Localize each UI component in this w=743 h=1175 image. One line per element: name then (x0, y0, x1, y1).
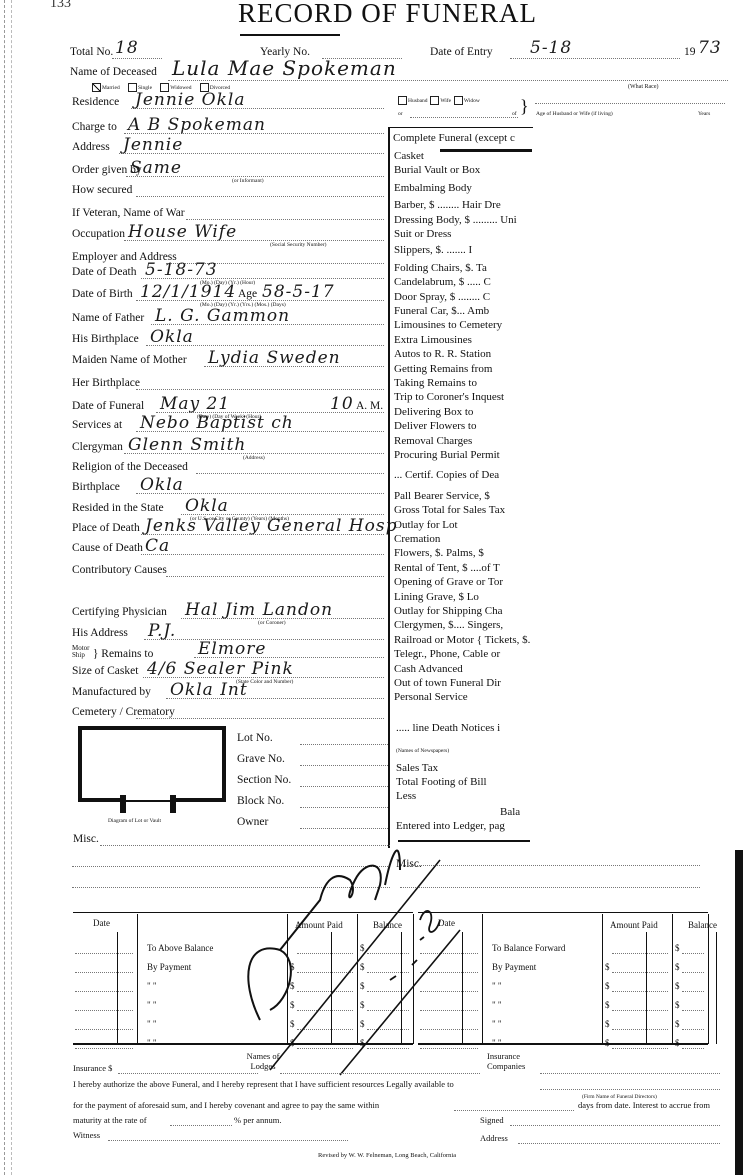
ledger-amount-cell[interactable] (612, 1010, 668, 1011)
lot-field-value[interactable] (300, 786, 388, 787)
ledger-date-cell[interactable] (75, 1010, 133, 1011)
field-value[interactable]: Okla Int (170, 680, 248, 700)
witness-label: Witness (73, 1130, 100, 1140)
checkbox-wife[interactable]: Wife (430, 98, 451, 104)
charge-item[interactable]: Outlay for Lot (394, 519, 530, 531)
charge-item[interactable]: Dressing Body, $ ......... Uni (394, 214, 530, 226)
field-label: Religion of the Deceased (72, 461, 188, 473)
field-label: Place of Death (72, 522, 140, 534)
dollar-sign: $ (605, 1000, 610, 1010)
field-value[interactable]: Jennie Okla (135, 90, 246, 110)
field-value[interactable]: Ca (145, 536, 170, 556)
ledger-column-rule (646, 932, 647, 1044)
address-label: Address (480, 1133, 508, 1143)
dollar-sign: $ (675, 981, 680, 991)
spouse-options-group: Husband Wife Widow (398, 96, 480, 105)
field-value[interactable]: P.J. (148, 621, 176, 641)
spouse-of-label: of (512, 111, 517, 117)
lodges-label: Names of Lodges (243, 1051, 283, 1071)
field-value[interactable]: Okla (185, 496, 229, 516)
ledger-amount-cell[interactable] (612, 972, 668, 973)
field-label: If Veteran, Name of War (72, 207, 185, 219)
spouse-or-label: or (398, 111, 403, 117)
charge-item[interactable]: Flowers, $. Palms, $ (394, 547, 530, 559)
lot-field-value[interactable] (300, 807, 388, 808)
ledger-amount-cell[interactable] (612, 991, 668, 992)
charge-item[interactable]: Casket (394, 150, 530, 162)
lot-field-label: Section No. (237, 774, 291, 786)
name-value[interactable]: Lula Mae Spokeman (172, 56, 397, 80)
field-value[interactable]: 12/1/1914 (140, 282, 236, 302)
field-prefix: Motor Ship (72, 645, 90, 659)
dollar-sign: $ (605, 1038, 610, 1048)
charge-item[interactable]: Deliver Flowers to (394, 420, 530, 432)
field-label: Date of Death (72, 266, 137, 278)
ledger-row-label: By Payment (492, 962, 536, 972)
years-label: Years (698, 111, 710, 117)
hour-value[interactable]: 10 (330, 394, 354, 414)
charges-header: Complete Funeral (except c (393, 132, 515, 144)
companies-label: Insurance Companies (487, 1051, 537, 1071)
lot-field-label: Owner (237, 816, 268, 828)
ledger-balance-cell[interactable] (682, 953, 704, 954)
charge-item[interactable]: Trip to Coroner's Inquest (394, 391, 530, 403)
field-value[interactable]: Glenn Smith (128, 435, 246, 455)
lot-field-value[interactable] (300, 744, 388, 745)
field-label: Size of Casket (72, 665, 138, 677)
age-spouse-label: Age of Husband or Wife (if living) (536, 111, 613, 117)
field-label: Occupation (72, 228, 125, 240)
ledger-date-cell[interactable] (75, 1048, 133, 1049)
am-label: A. M. (356, 400, 383, 412)
charge-item[interactable]: ... Certif. Copies of Dea (394, 469, 530, 481)
charge-item[interactable]: Outlay for Shipping Cha (394, 605, 530, 617)
charge-item[interactable]: Gross Total for Sales Tax (394, 504, 530, 516)
ledger-balance-cell[interactable] (682, 972, 704, 973)
charge-item[interactable]: Cash Advanced (394, 663, 530, 675)
ledger-column-rule (672, 914, 673, 1044)
field-note: (Social Security Number) (270, 242, 327, 248)
charge-item[interactable]: Railroad or Motor { Tickets, $. (394, 634, 530, 646)
field-label: Resided in the State (72, 502, 164, 514)
brace-icon: } (520, 96, 529, 117)
charge-item[interactable]: Candelabrum, $ ..... C (394, 276, 530, 288)
ledger-amount-cell[interactable] (612, 953, 668, 954)
ledger-date-cell[interactable] (75, 972, 133, 973)
charge-item[interactable]: Getting Remains from (394, 363, 530, 375)
field-label: Motor Ship } Remains to (72, 645, 153, 660)
total-no-value[interactable]: 18 (115, 38, 139, 58)
field-note: (or Coroner) (258, 620, 286, 626)
lot-diagram[interactable] (78, 726, 226, 802)
ledger-balance-cell[interactable] (682, 1048, 704, 1049)
field-value[interactable]: House Wife (128, 222, 237, 242)
field-note: (or Informant) (232, 178, 264, 184)
total-line[interactable]: Total Footing of Bill (396, 776, 487, 788)
charge-item[interactable]: Opening of Grave or Tor (394, 576, 530, 588)
ledger-column-rule (708, 914, 709, 1044)
ledger-row-label: To Balance Forward (492, 943, 565, 953)
ledger-amount-cell[interactable] (612, 1048, 668, 1049)
charge-item[interactable]: Clergymen, $.... Singers, (394, 619, 530, 631)
field-value-empty[interactable] (166, 576, 384, 577)
field-label: Address (72, 141, 110, 153)
percent-text: % per annum. (234, 1115, 281, 1125)
field-value[interactable]: Okla (150, 327, 194, 347)
charges-box-border (388, 128, 390, 848)
diagram-caption: Diagram of Lot or Vault (108, 818, 161, 824)
insurance-label: Insurance $ (73, 1063, 112, 1073)
charge-item[interactable]: Out of town Funeral Dir (394, 677, 530, 689)
charge-item[interactable]: Funeral Car, $... Amb (394, 305, 530, 317)
field-label: Services at (72, 419, 122, 431)
year-value[interactable]: 73 (698, 38, 722, 58)
maturity-text: maturity at the rate of (73, 1115, 147, 1125)
scan-edge-marks (4, 0, 12, 1175)
ledger-column-rule (137, 914, 138, 1044)
page-number: 133 (50, 0, 71, 12)
ledger-row-label: " " (492, 1019, 502, 1029)
charge-item[interactable]: Removal Charges (394, 435, 530, 447)
lot-field-label: Lot No. (237, 732, 273, 744)
field-value[interactable]: Lydia Sweden (208, 348, 341, 368)
field-label: Cause of Death (72, 542, 143, 554)
signed-label: Signed (480, 1115, 504, 1125)
field-value[interactable]: Nebo Baptist ch (140, 413, 294, 433)
field-label: Charge to (72, 121, 117, 133)
field-value-empty[interactable] (136, 196, 384, 197)
dollar-sign: $ (675, 962, 680, 972)
age-label: Age (238, 288, 257, 300)
ledger-header-balance: Balance (688, 920, 717, 930)
dollar-sign: $ (605, 962, 610, 972)
revised-by: Revised by W. W. Felneman, Long Beach, C… (318, 1152, 456, 1159)
field-label: Name of Father (72, 312, 144, 324)
charge-item[interactable]: Folding Chairs, $. Ta (394, 262, 530, 274)
charge-item[interactable]: Telegr., Phone, Cable or (394, 648, 530, 660)
charge-item[interactable]: Pall Bearer Service, $ (394, 490, 530, 502)
authorize-text: I hereby authorize the above Funeral, an… (73, 1079, 454, 1089)
charge-item[interactable]: Delivering Box to (394, 406, 530, 418)
ledger-row-label: " " (492, 1038, 502, 1048)
lot-field-label: Grave No. (237, 753, 285, 765)
dollar-sign: $ (605, 1019, 610, 1029)
ledger-column-rule (716, 932, 717, 1044)
ledger-date-cell[interactable] (75, 953, 133, 954)
field-label: How secured (72, 184, 132, 196)
charge-item[interactable]: Limousines to Cemetery (394, 319, 530, 331)
field-label: His Address (72, 627, 128, 639)
dollar-sign: $ (675, 943, 680, 953)
field-label: Clergyman (72, 441, 123, 453)
field-label: Her Birthplace (72, 377, 140, 389)
ledger-page-label: Entered into Ledger, pag (396, 820, 505, 832)
dollar-sign: $ (605, 981, 610, 991)
ledger-row-label: " " (492, 1000, 502, 1010)
payment-text: for the payment of aforesaid sum, and I … (73, 1100, 379, 1110)
charge-item[interactable]: Cremation (394, 533, 530, 545)
checkbox-husband[interactable]: Husband (398, 98, 428, 104)
charge-item[interactable]: Door Spray, $ ........ C (394, 291, 530, 303)
date-of-entry-label: Date of Entry (430, 46, 493, 58)
dollar-sign: $ (675, 1000, 680, 1010)
lot-field-value[interactable] (300, 765, 388, 766)
date-of-entry-value[interactable]: 5-18 (530, 38, 572, 58)
field-value[interactable]: Same (130, 158, 182, 178)
field-label: Birthplace (72, 481, 120, 493)
days-text: days from date. Interest to accrue from (578, 1100, 710, 1110)
lot-field-value[interactable] (300, 828, 388, 829)
charge-item[interactable]: Extra Limousines (394, 334, 530, 346)
ledger-balance-cell[interactable] (682, 991, 704, 992)
field-label: Maiden Name of Mother (72, 354, 187, 366)
field-value[interactable]: Elmore (198, 639, 266, 659)
scan-dark-edge (735, 850, 743, 1175)
address-field[interactable] (518, 1143, 720, 1144)
charge-item[interactable]: Rental of Tent, $ ....of T (394, 562, 530, 574)
field-value[interactable]: Hal Jim Landon (185, 600, 333, 620)
charge-item[interactable]: Embalming Body (394, 182, 530, 194)
field-value[interactable]: Jenks Valley General Hosp (145, 516, 397, 536)
field-label: His Birthplace (72, 333, 139, 345)
field-value[interactable]: Okla (140, 475, 184, 495)
charge-item[interactable]: Suit or Dress (394, 228, 530, 240)
total-line[interactable]: Sales Tax (396, 762, 438, 774)
field-label: Date of Funeral (72, 400, 144, 412)
ledger-column-rule (602, 914, 603, 1044)
ledger-row-label: " " (492, 981, 502, 991)
signed-field[interactable] (510, 1125, 720, 1126)
field-value[interactable]: A B Spokeman (128, 115, 266, 135)
age-value[interactable]: 58-5-17 (262, 282, 335, 302)
field-value[interactable]: 4/6 Sealer Pink (147, 659, 294, 679)
charge-item[interactable]: Burial Vault or Box (394, 164, 530, 176)
charge-item[interactable]: Personal Service (394, 691, 530, 703)
ledger-date-cell[interactable] (75, 991, 133, 992)
lot-field-label: Block No. (237, 795, 284, 807)
ledger-amount-cell[interactable] (612, 1029, 668, 1030)
name-label: Name of Deceased (70, 66, 157, 78)
balance-label: Bala (500, 806, 520, 818)
dollar-sign: $ (675, 1038, 680, 1048)
total-no-label: Total No. (70, 46, 113, 58)
year-prefix: 19 (684, 46, 696, 58)
witness-field[interactable] (108, 1140, 348, 1141)
ledger-balance-cell[interactable] (682, 1029, 704, 1030)
death-notices-label: ..... line Death Notices i (396, 722, 500, 734)
field-value-empty[interactable] (186, 219, 384, 220)
ledger-header-amount-paid: Amount Paid (610, 920, 658, 930)
field-note: (Address) (243, 455, 265, 461)
charge-item[interactable]: Taking Remains to (394, 377, 530, 389)
field-value-empty[interactable] (196, 473, 384, 474)
field-value-empty[interactable] (136, 389, 384, 390)
field-value[interactable]: May 21 (160, 394, 230, 414)
dollar-sign: $ (675, 1019, 680, 1029)
ledger-column-rule (482, 914, 483, 1044)
charge-item[interactable]: Barber, $ ........ Hair Dre (394, 199, 530, 211)
field-label: Certifying Physician (72, 606, 167, 618)
field-value-empty[interactable] (136, 718, 384, 719)
field-label: Manufactured by (72, 686, 151, 698)
ledger-date-cell[interactable] (75, 1029, 133, 1030)
field-label: Date of Birth (72, 288, 133, 300)
title-underline (240, 34, 340, 36)
misc-label-left: Misc. (73, 833, 99, 845)
ledger-header-date: Date (93, 918, 110, 928)
field-value[interactable]: 5-18-73 (145, 260, 218, 280)
field-label: Cemetery / Crematory (72, 706, 175, 718)
charge-item[interactable]: Lining Grave, $ Lo (394, 591, 530, 603)
field-label: Residence (72, 96, 119, 108)
charge-item[interactable]: Procuring Burial Permit (394, 449, 530, 461)
ledger-balance-cell[interactable] (682, 1010, 704, 1011)
newspapers-note: (Names of Newspapers) (396, 748, 449, 754)
charge-item[interactable]: Slippers, $. ....... I (394, 244, 530, 256)
charge-item[interactable]: Autos to R. R. Station (394, 348, 530, 360)
payment-signature-mark (150, 840, 470, 1080)
field-label: Contributory Causes (72, 564, 167, 576)
field-value[interactable]: Jennie (123, 135, 183, 155)
checkbox-married[interactable]: Married (92, 85, 120, 91)
total-line[interactable]: Less (396, 790, 416, 802)
field-value[interactable]: L. G. Gammon (155, 306, 290, 326)
what-race-note: (What Race) (628, 84, 658, 90)
ledger-column-rule (117, 932, 118, 1044)
form-title: RECORD OF FUNERAL (238, 0, 537, 29)
checkbox-widow[interactable]: Widow (454, 98, 480, 104)
